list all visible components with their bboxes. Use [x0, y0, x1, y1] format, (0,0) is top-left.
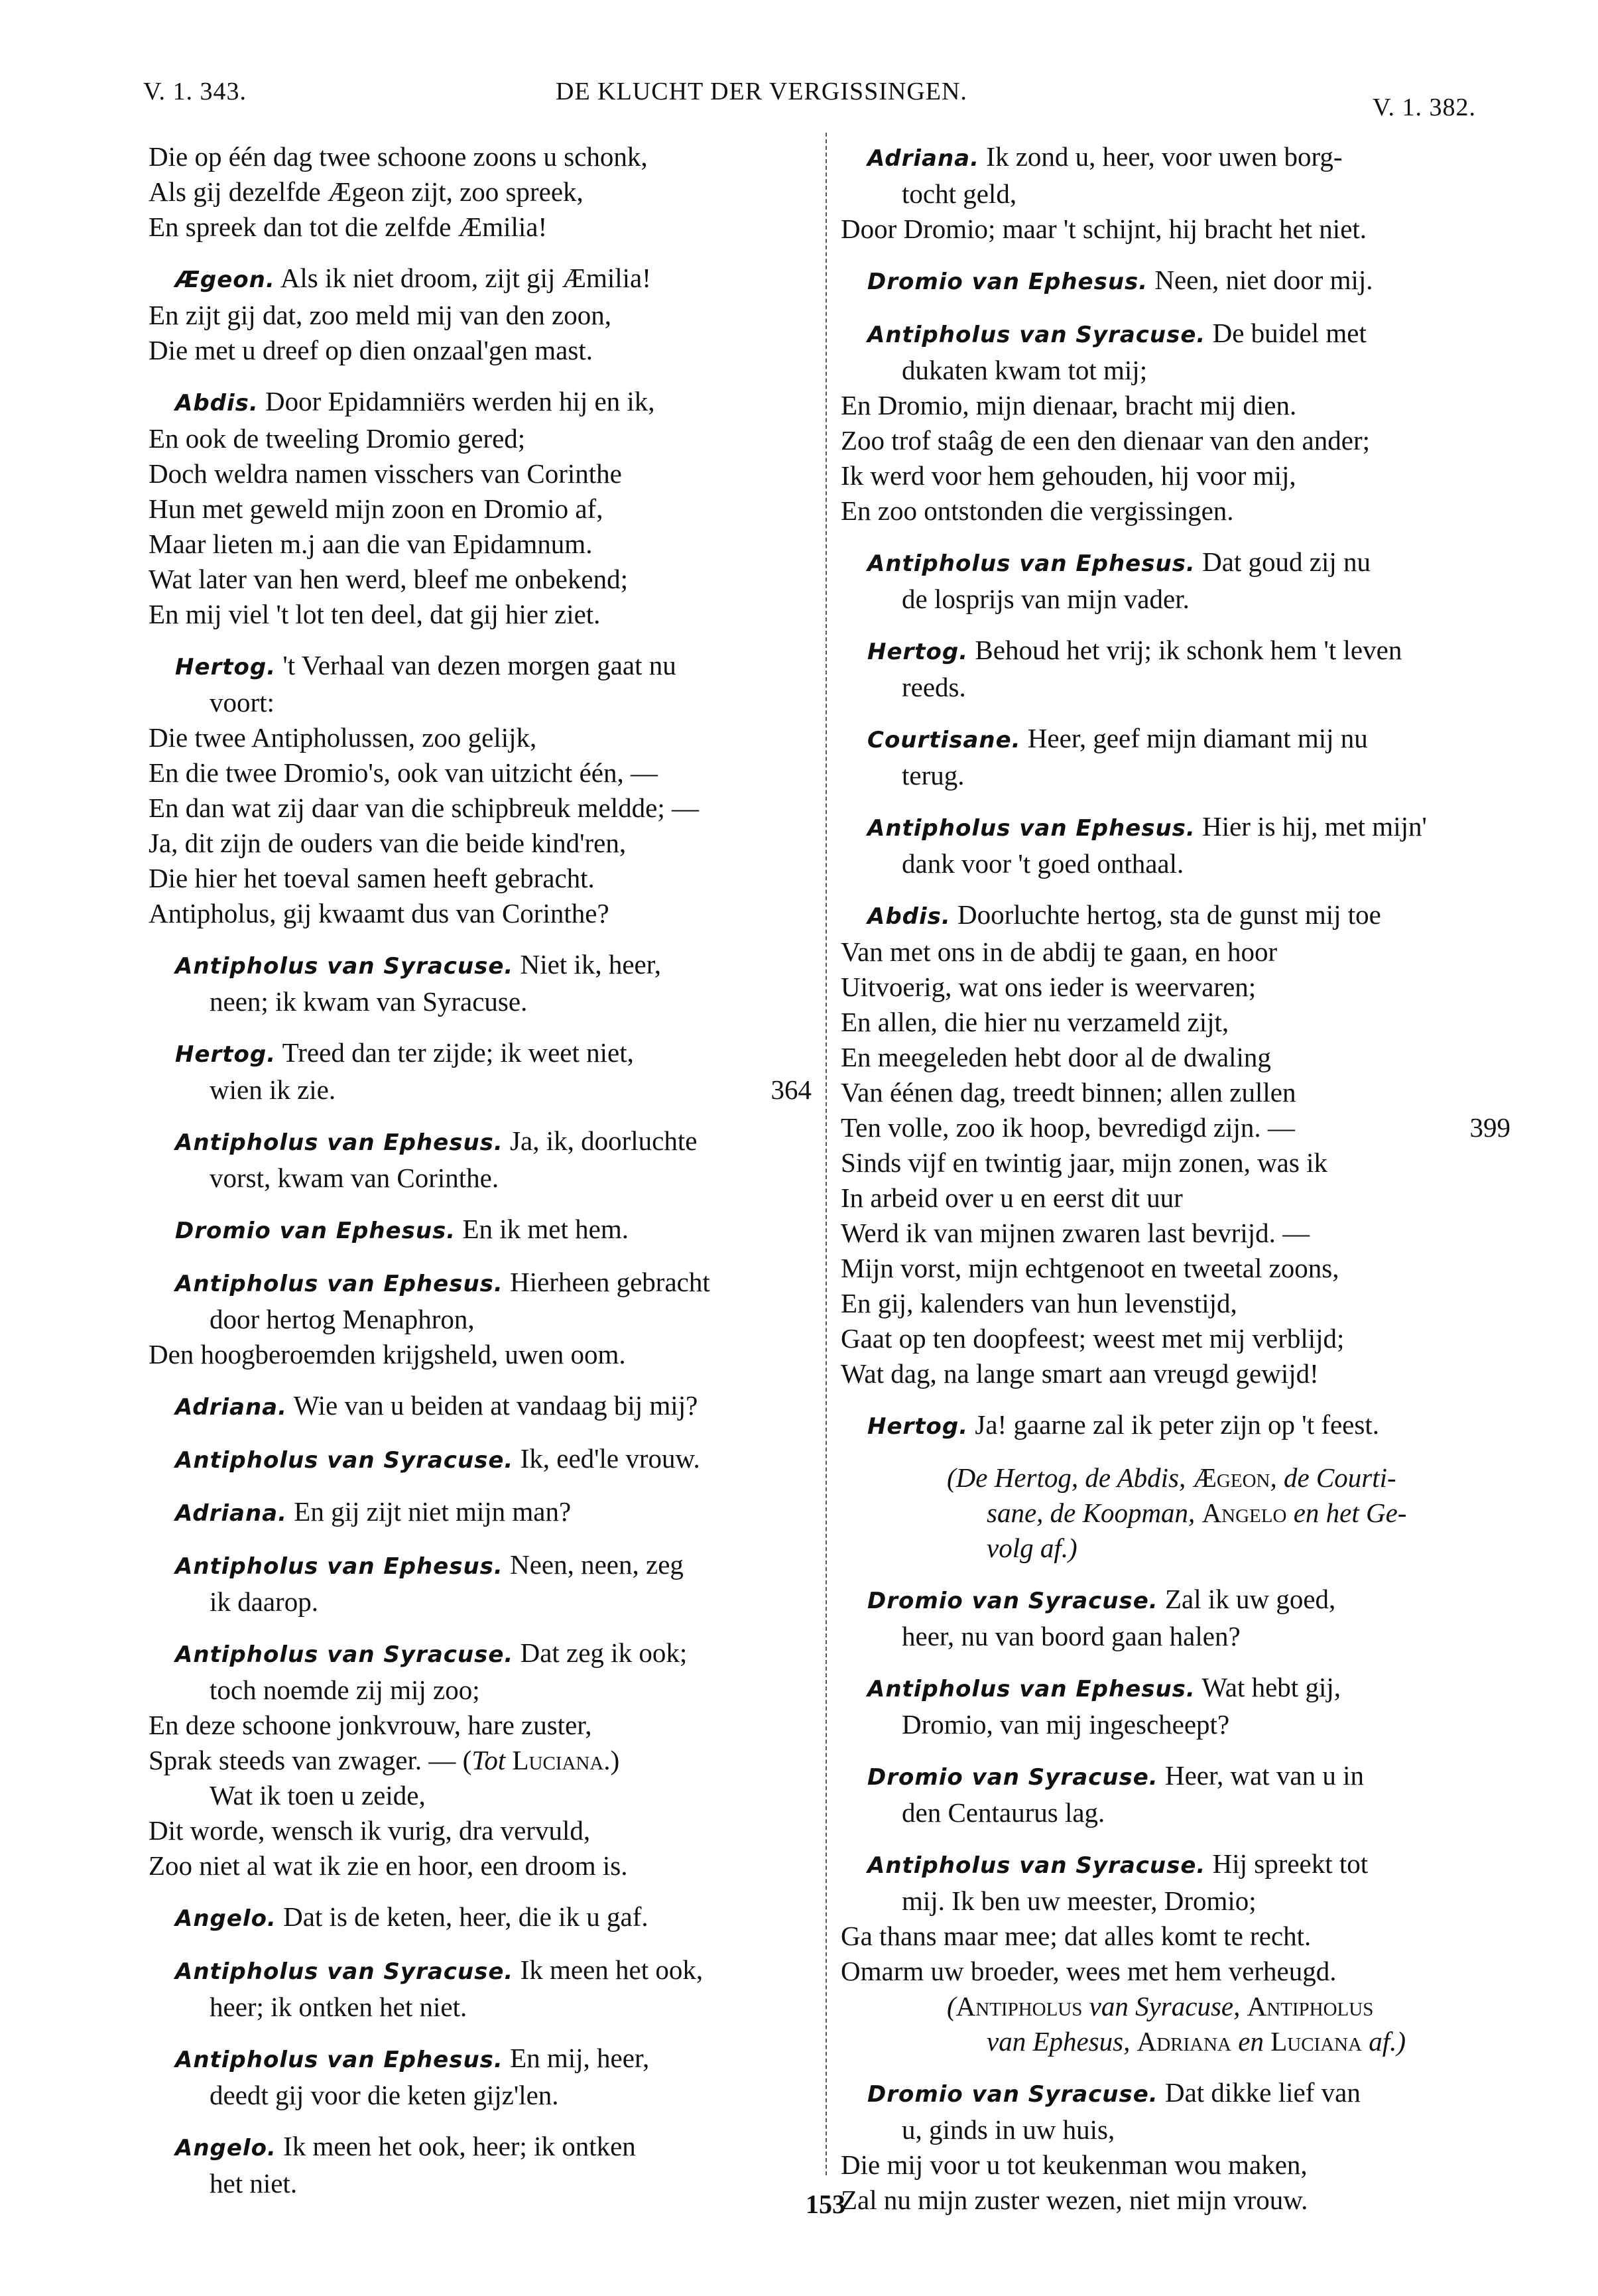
speaker-name: Antipholus van Ephesus. — [175, 1271, 503, 1297]
speech-text: En gij zijt niet mijn man? — [294, 1496, 571, 1527]
speech-adriana: Adriana. Wie van u beiden at vandaag bij… — [149, 1388, 812, 1425]
verse-line: En die twee Dromio's, ook van uitzicht é… — [149, 755, 812, 791]
right-column: Adriana. Ik zond u, heer, voor uwen borg… — [841, 139, 1510, 2218]
speech-text: Ik meen het ook, — [521, 1954, 704, 1985]
verse-line: Door Dromio; maar 't schijnt, hij bracht… — [841, 212, 1510, 247]
speaker-name: Abdis. — [867, 903, 951, 930]
speaker-name: Antipholus van Ephesus. — [867, 550, 1196, 577]
verse-line: Den hoogberoemden krijgsheld, uwen oom. — [149, 1337, 812, 1372]
verse-line: Die op één dag twee schoone zoons u scho… — [149, 139, 812, 174]
stage-direction-character: Antipholus — [956, 1991, 1083, 2021]
verse-line: Dit worde, wensch ik vurig, dra vervuld, — [149, 1813, 812, 1848]
stage-direction-italic: Tot — [471, 1745, 505, 1775]
stage-direction-character: Antipholus — [1247, 1991, 1374, 2021]
verse-continuation: ik daarop. — [149, 1584, 812, 1620]
speech-abdis: Abdis. Door Epidamniërs werden hij en ik… — [149, 384, 812, 632]
speech-text: Ik meen het ook, heer; ik ontken — [283, 2131, 636, 2161]
speech-text: De buidel met — [1213, 318, 1367, 348]
verse-line: En mij viel 't lot ten deel, dat gij hie… — [149, 597, 812, 632]
speaker-name: Dromio van Syracuse. — [867, 1764, 1158, 1791]
speech-dromio-syracuse: Dromio van Syracuse. Heer, wat van u in … — [841, 1758, 1510, 1830]
speech-text: Neen, niet door mij. — [1154, 265, 1373, 295]
speech-antipholus-ephesus: Antipholus van Ephesus. Hierheen gebrach… — [149, 1265, 812, 1372]
speaker-name: Angelo. — [175, 1905, 277, 1932]
header-left-reference: V. 1. 343. — [143, 77, 247, 106]
stage-direction-character: Ægeon — [1192, 1462, 1270, 1493]
verse-line: Zoo niet al wat ik zie en hoor, een droo… — [149, 1848, 812, 1883]
speech-text: Dat goud zij nu — [1202, 546, 1371, 577]
speech-aegeon: Ægeon. Als ik niet droom, zijt gij Æmili… — [149, 261, 812, 368]
verse-continuation: terug. — [841, 758, 1510, 793]
verse-continuation: dank voor 't goed onthaal. — [841, 846, 1510, 881]
verse-block: Die op één dag twee schoone zoons u scho… — [149, 139, 812, 245]
speech-text: Hier is hij, met mijn' — [1202, 811, 1427, 842]
speech-text: Ik, eed'le vrouw. — [521, 1443, 700, 1474]
speech-antipholus-syracuse: Antipholus van Syracuse. Ik meen het ook… — [149, 1952, 812, 2025]
verse-continuation: het niet. — [149, 2166, 812, 2201]
stage-direction-character: Adriana — [1137, 2026, 1231, 2057]
speaker-name: Ægeon. — [175, 267, 275, 293]
speech-courtisane: Courtisane. Heer, geef mijn diamant mij … — [841, 721, 1510, 793]
speaker-name: Antipholus van Ephesus. — [175, 2047, 503, 2073]
verse-continuation: Dromio, van mij ingescheept? — [841, 1707, 1510, 1742]
speech-antipholus-ephesus: Antipholus van Ephesus. Wat hebt gij, Dr… — [841, 1670, 1510, 1742]
speech-text: Als ik niet droom, zijt gij Æmilia! — [280, 263, 651, 293]
verse-line: Van éénen dag, treedt binnen; allen zull… — [841, 1075, 1510, 1110]
speaker-name: Dromio van Ephesus. — [175, 1218, 456, 1244]
speech-text: Dat dikke lief van — [1165, 2077, 1361, 2108]
verse-line: Maar lieten m.j aan die van Epidamnum. — [149, 527, 812, 562]
speech-dromio-syracuse: Dromio van Syracuse. Dat dikke lief van … — [841, 2075, 1510, 2218]
verse-line: In arbeid over u en eerst dit uur — [841, 1180, 1510, 1216]
verse-continuation: reeds. — [841, 670, 1510, 705]
speaker-name: Angelo. — [175, 2135, 277, 2161]
speech-angelo: Angelo. Ik meen het ook, heer; ik ontken… — [149, 2129, 812, 2201]
verse-line: Die hier het toeval samen heeft gebracht… — [149, 861, 812, 896]
speaker-name: Antipholus van Ephesus. — [867, 1676, 1196, 1702]
verse-line: Werd ik van mijnen zwaren last bevrijd. … — [841, 1216, 1510, 1251]
speech-text: Heer, wat van u in — [1165, 1760, 1364, 1791]
speech-antipholus-ephesus: Antipholus van Ephesus. Neen, neen, zeg … — [149, 1547, 812, 1620]
verse-continuation: de losprijs van mijn vader. — [841, 582, 1510, 617]
verse-continuation: neen; ik kwam van Syracuse. — [149, 984, 812, 1019]
stage-direction: (De Hertog, de Abdis, Ægeon, de Courti- … — [841, 1460, 1510, 1566]
verse-line: Als gij dezelfde Ægeon zijt, zoo spreek, — [149, 174, 812, 210]
speech-adriana: Adriana. En gij zijt niet mijn man? — [149, 1494, 812, 1531]
verse-continuation: voort: — [149, 685, 812, 720]
speech-antipholus-ephesus: Antipholus van Ephesus. Dat goud zij nu … — [841, 544, 1510, 617]
line-number: 399 — [1470, 1110, 1511, 1145]
speech-text: Treed dan ter zijde; ik weet niet, — [282, 1037, 634, 1068]
verse-line: Hun met geweld mijn zoon en Dromio af, — [149, 491, 812, 527]
verse-continuation: heer, nu van boord gaan halen? — [841, 1619, 1510, 1654]
verse-line: Doch weldra namen visschers van Corinthe — [149, 456, 812, 491]
speaker-name: Antipholus van Ephesus. — [175, 1553, 503, 1580]
speech-hertog: Hertog. 't Verhaal van dezen morgen gaat… — [149, 648, 812, 931]
speech-antipholus-syracuse: Antipholus van Syracuse. Dat zeg ik ook;… — [149, 1635, 812, 1883]
stage-direction-character: Angelo — [1202, 1498, 1287, 1528]
verse-line: Ja, dit zijn de ouders van die beide kin… — [149, 826, 812, 861]
verse-continuation: den Centaurus lag. — [841, 1795, 1510, 1830]
speech-text: Neen, neen, zeg — [510, 1549, 684, 1580]
verse-continuation: u, ginds in uw huis, — [841, 2112, 1510, 2147]
speech-text: 't Verhaal van dezen morgen gaat nu — [282, 650, 676, 680]
speaker-name: Courtisane. — [867, 727, 1021, 753]
verse-line: Mijn vorst, mijn echtgenoot en tweetal z… — [841, 1251, 1510, 1286]
speech-text: Hierheen gebracht — [510, 1267, 710, 1297]
speech-text: En mij, heer, — [510, 2043, 649, 2073]
speaker-name: Antipholus van Syracuse. — [175, 1958, 513, 1985]
verse-line: Die met u dreef op dien onzaal'gen mast. — [149, 333, 812, 368]
speech-antipholus-syracuse: Antipholus van Syracuse. Hij spreekt tot… — [841, 1846, 1510, 1989]
line-number: 364 — [771, 1072, 812, 1108]
verse-continuation: door hertog Menaphron, — [149, 1302, 812, 1337]
verse-line: Gaat op ten doopfeest; weest met mij ver… — [841, 1321, 1510, 1356]
verse-line: En dan wat zij daar van die schipbreuk m… — [149, 791, 812, 826]
verse-line: En spreek dan tot die zelfde Æmilia! — [149, 210, 812, 245]
speech-dromio-syracuse: Dromio van Syracuse. Zal ik uw goed, hee… — [841, 1582, 1510, 1654]
stage-direction-character: Luciana. — [512, 1745, 610, 1775]
speech-text: Behoud het vrij; ik schonk hem 't leven — [975, 635, 1402, 665]
verse-line: Sinds vijf en twintig jaar, mijn zonen, … — [841, 1145, 1510, 1180]
speech-dromio-ephesus: Dromio van Ephesus. Neen, niet door mij. — [841, 263, 1510, 300]
verse-continuation: heer; ik ontken het niet. — [149, 1990, 812, 2025]
header-right-reference: V. 1. 382. — [1373, 93, 1476, 122]
verse-line: Antipholus, gij kwaamt dus van Corinthe? — [149, 896, 812, 931]
speech-hertog: Hertog. Behoud het vrij; ik schonk hem '… — [841, 633, 1510, 705]
verse-continuation: deedt gij voor die keten gijz'len. — [149, 2078, 812, 2113]
speech-abdis: Abdis. Doorluchte hertog, sta de gunst m… — [841, 897, 1510, 1391]
verse-line: Wat ik toen u zeide, — [149, 1778, 812, 1813]
speech-angelo: Angelo. Dat is de keten, heer, die ik u … — [149, 1899, 812, 1937]
speaker-name: Hertog. — [175, 654, 276, 680]
speaker-name: Adriana. — [867, 145, 979, 172]
verse-line: Wat dag, na lange smart aan vreugd gewij… — [841, 1356, 1510, 1391]
speaker-name: Antipholus van Syracuse. — [867, 1852, 1205, 1879]
speech-text: Wat hebt gij, — [1201, 1672, 1341, 1702]
speech-antipholus-syracuse: Antipholus van Syracuse. De buidel met d… — [841, 316, 1510, 529]
page-title: DE KLUCHT DER VERGISSINGEN. — [556, 77, 967, 106]
speech-text: Dat is de keten, heer, die ik u gaf. — [283, 1901, 648, 1932]
speech-text: Doorluchte hertog, sta de gunst mij toe — [957, 899, 1381, 930]
speech-text: Zal ik uw goed, — [1165, 1584, 1335, 1614]
verse-line: Die twee Antipholussen, zoo gelijk, — [149, 720, 812, 755]
speech-text: Dat zeg ik ook; — [521, 1637, 688, 1668]
speech-text: Ja! gaarne zal ik peter zijn op 't feest… — [975, 1409, 1379, 1440]
verse-line: Ga thans maar mee; dat alles komt te rec… — [841, 1919, 1510, 1954]
verse-line: En zijt gij dat, zoo meld mij van den zo… — [149, 298, 812, 333]
verse-line: Omarm uw broeder, wees met hem verheugd. — [841, 1954, 1510, 1989]
speaker-name: Dromio van Syracuse. — [867, 1588, 1158, 1614]
verse-line: En deze schoone jonkvrouw, hare zuster, — [149, 1708, 812, 1743]
speech-hertog: Hertog. Ja! gaarne zal ik peter zijn op … — [841, 1407, 1510, 1444]
speech-text: Hij spreekt tot — [1213, 1848, 1369, 1879]
verse-continuation: dukaten kwam tot mij; — [841, 353, 1510, 388]
speech-text: En ik met hem. — [462, 1214, 629, 1244]
verse-continuation: vorst, kwam van Corinthe. — [149, 1161, 812, 1196]
verse-line: Wat later van hen werd, bleef me onbeken… — [149, 562, 812, 597]
speaker-name: Hertog. — [867, 1413, 968, 1440]
speaker-name: Antipholus van Syracuse. — [175, 1641, 513, 1668]
stage-direction: (Antipholus van Syracuse, Antipholus van… — [841, 1989, 1510, 2059]
verse-line: Ik werd voor hem gehouden, hij voor mij, — [841, 458, 1510, 493]
speech-antipholus-ephesus: Antipholus van Ephesus. En mij, heer, de… — [149, 2041, 812, 2113]
speaker-name: Adriana. — [175, 1500, 287, 1527]
speech-antipholus-ephesus: Antipholus van Ephesus. Ja, ik, doorluch… — [149, 1123, 812, 1196]
verse-line: Die mij voor u tot keukenman wou maken, — [841, 2147, 1510, 2183]
speaker-name: Abdis. — [175, 390, 259, 416]
verse-line: En zoo ontstonden die vergissingen. — [841, 493, 1510, 529]
speech-antipholus-syracuse: Antipholus van Syracuse. Ik, eed'le vrou… — [149, 1441, 812, 1478]
verse-line: Uitvoerig, wat ons ieder is weervaren; — [841, 970, 1510, 1005]
speech-text: Wie van u beiden at vandaag bij mij? — [294, 1390, 698, 1421]
speaker-name: Adriana. — [175, 1394, 287, 1421]
verse-line: En Dromio, mijn dienaar, bracht mij dien… — [841, 388, 1510, 423]
speaker-name: Hertog. — [175, 1041, 276, 1068]
speech-adriana: Adriana. Ik zond u, heer, voor uwen borg… — [841, 139, 1510, 247]
speaker-name: Antipholus van Ephesus. — [867, 815, 1196, 842]
page-number: 153 — [806, 2189, 845, 2220]
speech-antipholus-ephesus: Antipholus van Ephesus. Hier is hij, met… — [841, 809, 1510, 881]
verse-line: Ten volle, zoo ik hoop, bevredigd zijn. … — [841, 1112, 1295, 1143]
speaker-name: Antipholus van Ephesus. — [175, 1129, 503, 1156]
speech-dromio-ephesus: Dromio van Ephesus. En ik met hem. — [149, 1212, 812, 1249]
verse-line: En meegeleden hebt door al de dwaling — [841, 1040, 1510, 1075]
verse-line: En gij, kalenders van hun levenstijd, — [841, 1286, 1510, 1321]
stage-direction-character: Luciana — [1270, 2026, 1362, 2057]
speech-text: Heer, geef mijn diamant mij nu — [1028, 723, 1368, 753]
verse-continuation: wien ik zie. — [210, 1074, 336, 1105]
speaker-name: Antipholus van Syracuse. — [867, 322, 1205, 348]
speech-text: Door Epidamniërs werden hij en ik, — [265, 386, 655, 416]
verse-line: Zoo trof staâg de een den dienaar van de… — [841, 423, 1510, 458]
speaker-name: Dromio van Ephesus. — [867, 269, 1148, 295]
left-column: Die op één dag twee schoone zoons u scho… — [149, 139, 812, 2201]
speech-hertog: Hertog. Treed dan ter zijde; ik weet nie… — [149, 1035, 812, 1108]
column-divider — [826, 133, 827, 2175]
speaker-name: Antipholus van Syracuse. — [175, 953, 513, 980]
speech-text: Ik zond u, heer, voor uwen borg- — [986, 141, 1342, 172]
verse-continuation: mij. Ik ben uw meester, Dromio; — [841, 1883, 1510, 1919]
verse-line: En allen, die hier nu verzameld zijt, — [841, 1005, 1510, 1040]
verse-continuation: tocht geld, — [841, 176, 1510, 212]
speech-text: Niet ik, heer, — [521, 949, 661, 980]
speaker-name: Antipholus van Syracuse. — [175, 1447, 513, 1474]
verse-line-with-direction: Sprak steeds van zwager. — (Tot Luciana.… — [149, 1743, 812, 1778]
verse-continuation: toch noemde zij mij zoo; — [149, 1673, 812, 1708]
verse-line: Van met ons in de abdij te gaan, en hoor — [841, 934, 1510, 970]
speech-antipholus-syracuse: Antipholus van Syracuse. Niet ik, heer, … — [149, 947, 812, 1019]
speaker-name: Hertog. — [867, 639, 968, 665]
speech-text: Ja, ik, doorluchte — [510, 1125, 697, 1156]
verse-line: En ook de tweeling Dromio gered; — [149, 421, 812, 456]
speaker-name: Dromio van Syracuse. — [867, 2081, 1158, 2108]
verse-line: Zal nu mijn zuster wezen, niet mijn vrou… — [841, 2183, 1510, 2218]
